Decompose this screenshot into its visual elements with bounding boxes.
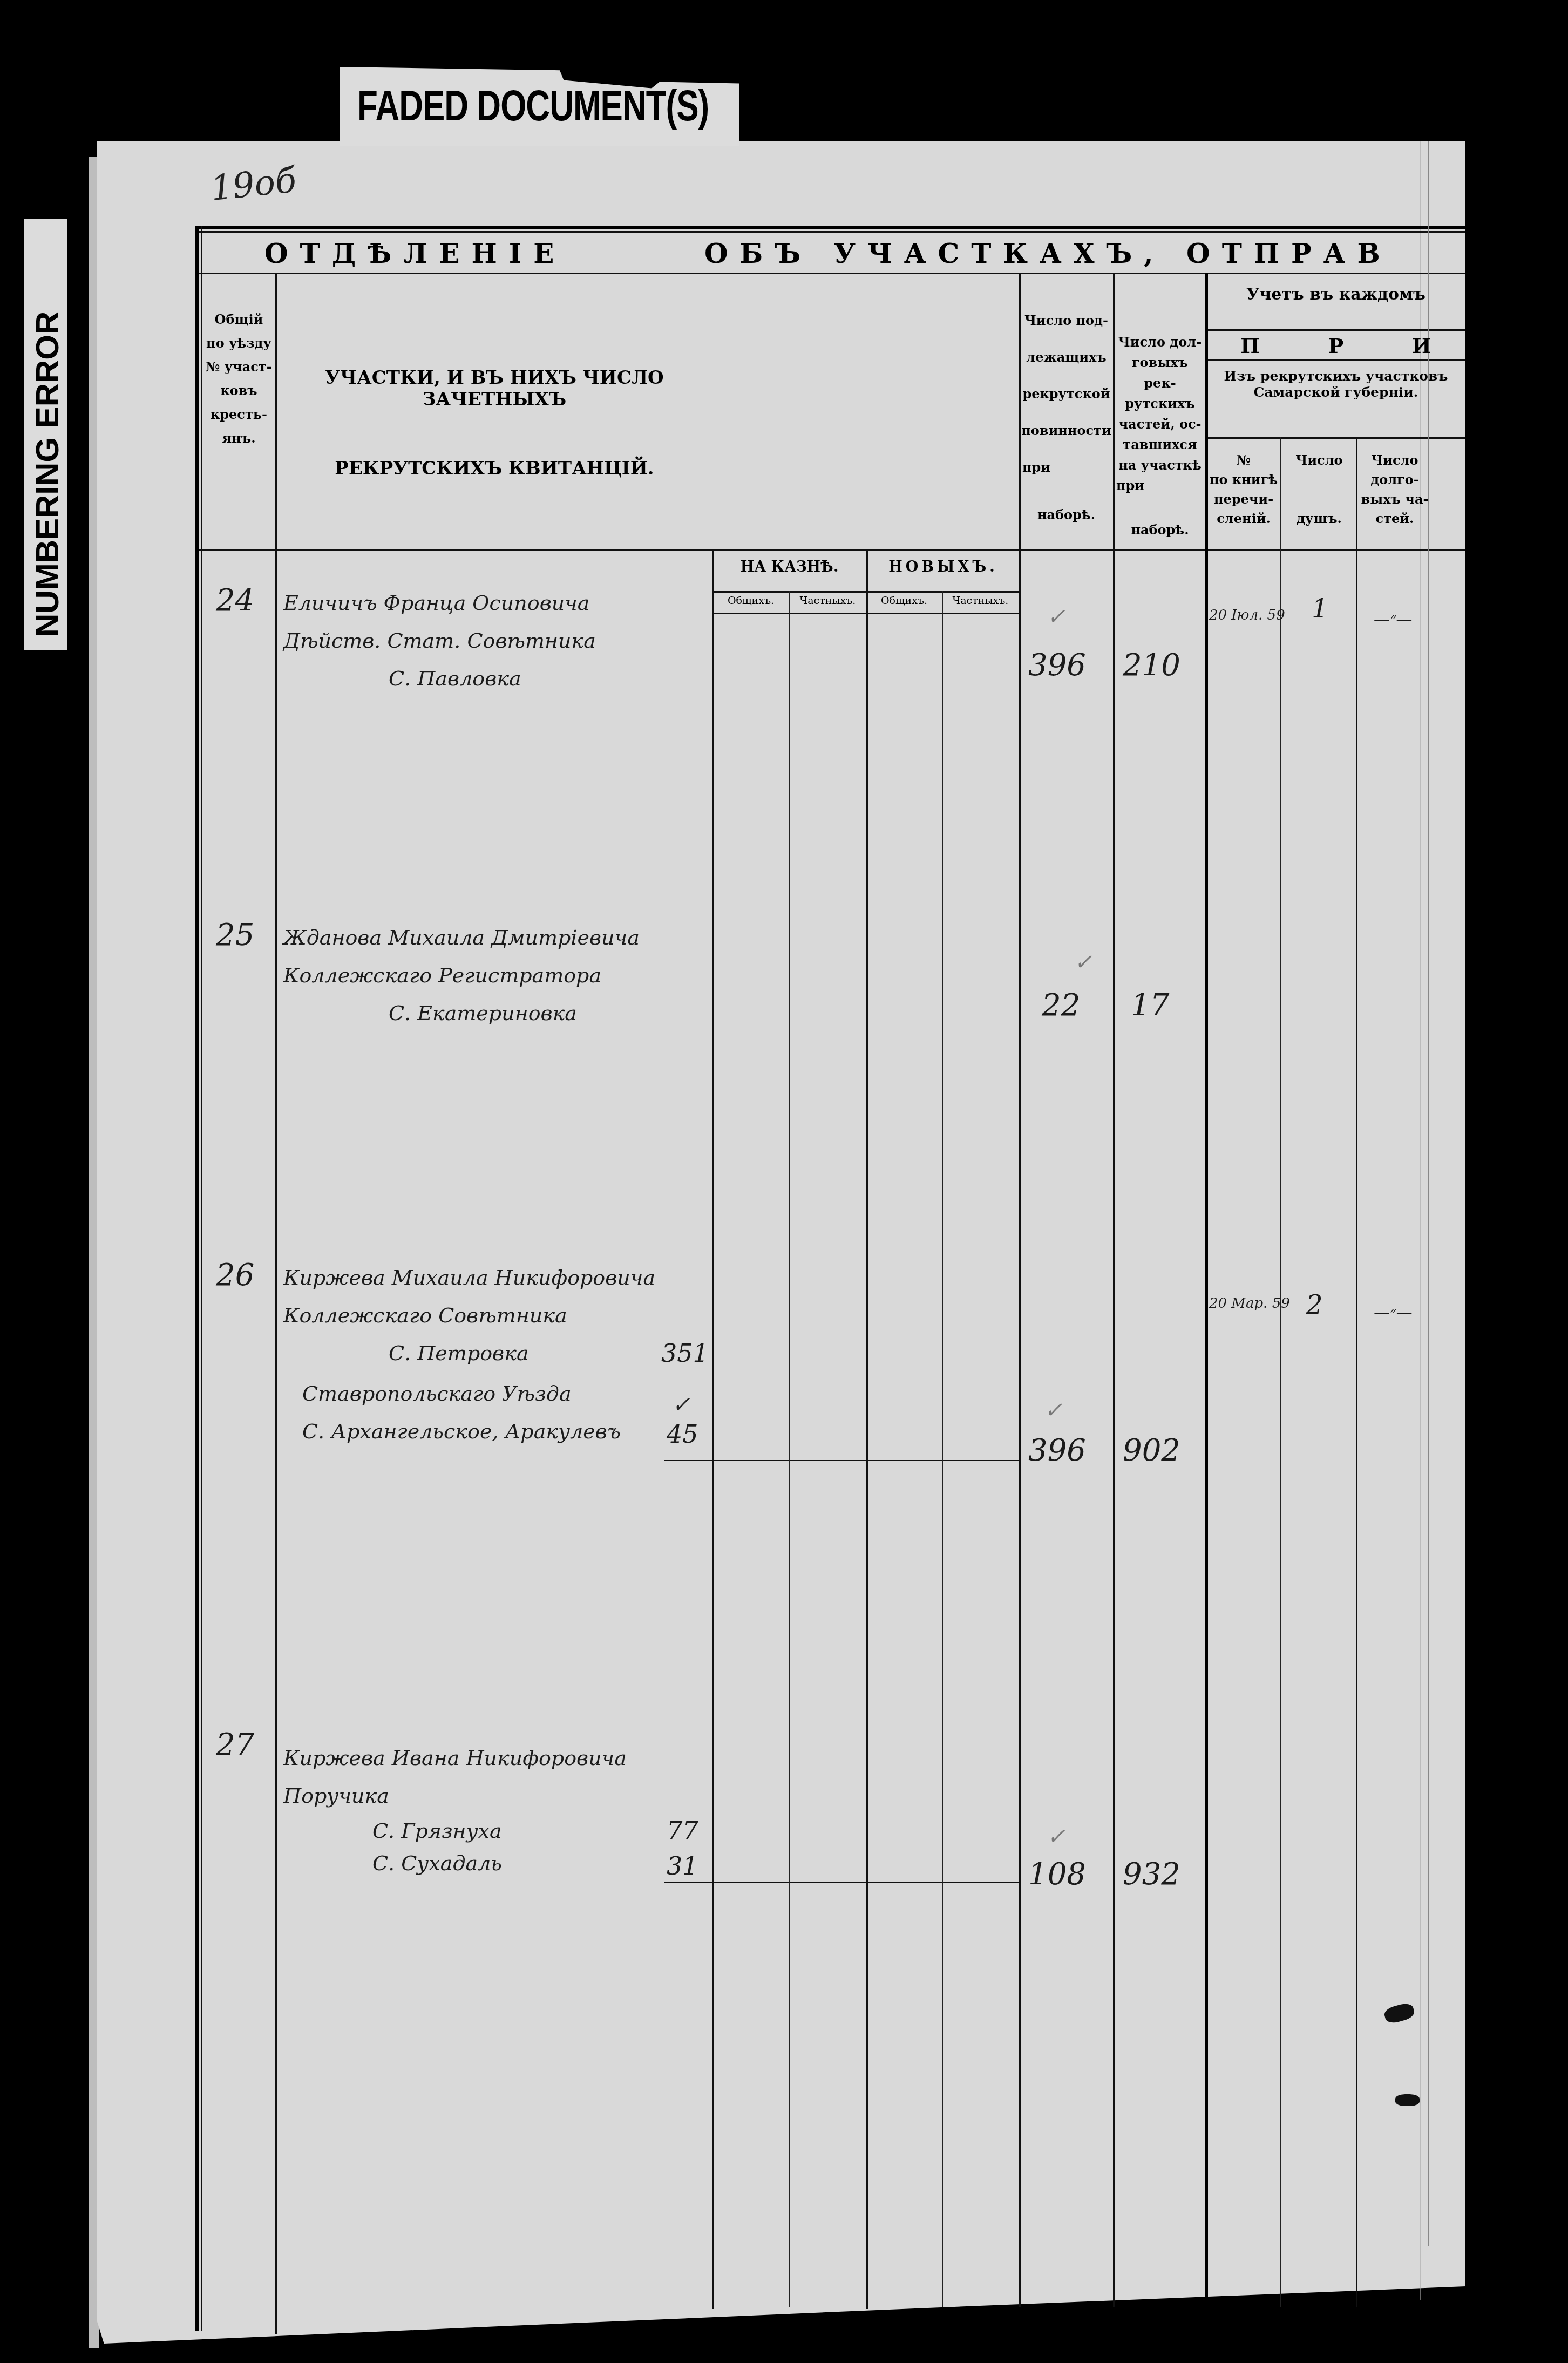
row-26-line-1: Киржева Михаила Никифоровича [283, 1266, 655, 1289]
row-26-subject-count: 396 [1028, 1433, 1086, 1468]
faded-document-tab: FADED DOCUMENT(S) [340, 64, 739, 146]
row-26-total-line [664, 1460, 1020, 1461]
row-27-number: 27 [216, 1727, 254, 1762]
account-sub-divider [1206, 437, 1465, 439]
row-25-debt-parts: 17 [1131, 988, 1169, 1023]
row-24-debt-count: —״— [1374, 610, 1412, 629]
row-26-sub-value-2: 45 [667, 1420, 698, 1449]
row-27-line-4: С. Сухадаль [372, 1851, 502, 1875]
header-na-kazne-chastnykh: Частныхъ. [789, 595, 866, 607]
ink-blot-mark [1395, 2094, 1420, 2106]
col-divider-10 [1356, 437, 1357, 2307]
header-account-sub: Изъ рекрутскихъ участковъ Самарской губе… [1206, 368, 1465, 400]
row-26-debt-count: —״— [1374, 1303, 1412, 1322]
checkmark-icon: ✓ [1074, 950, 1092, 975]
row-26-line-3: С. Петровка [389, 1341, 529, 1365]
row-27-total-line [664, 1882, 1020, 1883]
row-27-sub-value-1: 77 [667, 1816, 698, 1845]
col-divider-5 [942, 591, 943, 2307]
col-divider-8 [1205, 273, 1208, 2307]
row-26-number: 26 [216, 1258, 254, 1293]
row-24-debt-parts: 210 [1123, 648, 1180, 683]
row-25-line-2: Коллежскаго Регистратора [283, 963, 601, 987]
header-debt-count: Число долго- выхъ ча- стей. [1357, 451, 1432, 528]
row-24-book-no: 20 Iюл. 59 [1209, 607, 1285, 623]
row-24-line-1: Еличичъ Франца Осиповича [283, 591, 590, 615]
checkmark-icon: ✓ [1047, 605, 1065, 629]
row-26-line-2: Коллежскаго Совѣтника [283, 1303, 567, 1327]
row-26-line-5: С. Архангельское, Аракулевъ [302, 1420, 621, 1443]
row-26-book-no: 20 Мар. 59 [1209, 1295, 1290, 1312]
row-25-subject-count: 22 [1042, 988, 1080, 1023]
account-title-divider [1206, 329, 1465, 331]
row-27-debt-parts: 932 [1123, 1857, 1180, 1892]
header-row-divider-right [1020, 549, 1465, 551]
header-novykh: НОВЫХЪ. [866, 559, 1020, 575]
row-25-line-3: С. Екатериновка [389, 1001, 577, 1025]
table-top-border-inner [197, 231, 1465, 233]
table-top-border [197, 226, 1465, 229]
row-27-line-1: Киржева Ивана Никифоровича [283, 1746, 627, 1770]
col-divider-9 [1280, 437, 1281, 2307]
row-25-number: 25 [216, 918, 254, 953]
header-na-kazne-obshchikh: Общихъ. [712, 595, 789, 607]
checkmark-icon: ✓ [1044, 1398, 1063, 1423]
header-novykh-obshchikh: Общихъ. [866, 595, 942, 607]
header-na-kazne: НА КАЗНѢ. [712, 559, 866, 575]
row-26-souls: 2 [1306, 1290, 1323, 1320]
col-divider-6 [1019, 273, 1021, 2307]
row-24-subject-count: 396 [1028, 648, 1086, 683]
faded-document-label: FADED DOCUMENT(S) [357, 81, 709, 131]
header-debt-parts: Число дол- говыхъ рек- рутскихъ частей, … [1114, 332, 1206, 540]
col-divider-3 [789, 591, 790, 2307]
numbering-error-tab: NUMBERING ERROR [24, 219, 67, 650]
account-letters-divider [1206, 359, 1465, 361]
row-24-line-3: С. Павловка [389, 667, 521, 690]
row-26-sub-value-1: 351 [661, 1339, 709, 1368]
row-24-line-2: Дѣйств. Стат. Совѣтника [283, 629, 596, 653]
col-divider-2 [712, 549, 714, 2309]
row-27-subject-count: 108 [1028, 1857, 1086, 1892]
table-left-border [195, 226, 199, 2331]
checkmark-icon: ✓ [672, 1393, 690, 1417]
col-divider-7 [1113, 273, 1115, 2307]
header-title-left: ОТДѢЛЕНІЕ [264, 237, 566, 269]
row-27-sub-value-2: 31 [667, 1851, 698, 1880]
header-novykh-chastnykh: Частныхъ. [942, 595, 1019, 607]
row-27-line-3: С. Грязнуха [372, 1819, 502, 1843]
header-account-letters: П Р И [1206, 334, 1465, 358]
header-subject-count: Число под- лежащихъ рекрутской повинност… [1019, 302, 1114, 533]
row-24-number: 24 [216, 583, 254, 618]
header-book-no: № по книгѣ перечи- сленій. [1206, 451, 1281, 528]
header-account-title: Учетъ въ каждомъ [1206, 285, 1465, 304]
row-25-line-1: Ждановa Михаила Дмитрiевича [283, 926, 640, 949]
numbering-error-label: NUMBERING ERROR [29, 311, 66, 637]
table-left-border-inner [201, 226, 202, 2331]
header-title-right: ОБЪ УЧАСТКАХЪ, ОТПРАВ [704, 237, 1392, 269]
header-row-divider [197, 549, 1020, 551]
checkmark-icon: ✓ [1047, 1824, 1065, 1849]
col-divider-4 [866, 549, 868, 2309]
header-districts: УЧАСТКИ, И ВЪ НИХЪ ЧИСЛО ЗАЧЕТНЫХЪ РЕКРУ… [276, 367, 712, 479]
row-27-line-2: Поручика [283, 1784, 389, 1808]
header-general-no: Общій по уѣзду № участ- ковъ кресть- янъ… [202, 308, 275, 450]
title-row-divider [197, 273, 1465, 274]
col-divider-1 [275, 273, 277, 2334]
header-souls: Число душъ. [1282, 451, 1356, 528]
row-26-line-4: Ставропольскаго Уѣзда [302, 1382, 572, 1405]
row-24-souls: 1 [1312, 594, 1328, 624]
row-26-debt-parts: 902 [1123, 1433, 1180, 1468]
